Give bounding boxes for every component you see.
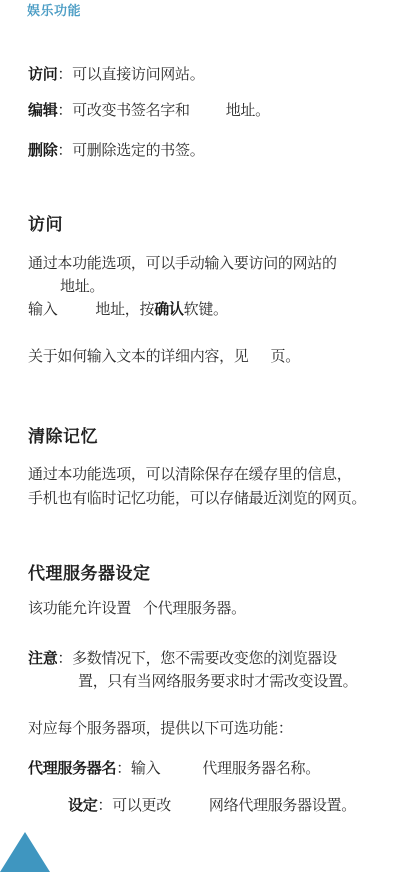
text: 网络代理服务器设置。 xyxy=(209,796,356,814)
option-proxy-name: 代理服务器名：输入代理服务器名称。 xyxy=(28,759,320,777)
note-label: 注意 xyxy=(28,649,57,667)
option-delete: 删除：可删除选定的书签。 xyxy=(28,141,204,159)
note-line1: 注意：多数情况下，您不需要改变您的浏览器设 xyxy=(28,649,337,667)
text: 地址，按 xyxy=(95,300,154,318)
option-term: 编辑 xyxy=(28,101,57,119)
clear-cache-line1: 通过本功能选项，可以清除保存在缓存里的信息， xyxy=(28,465,351,483)
heading-proxy: 代理服务器设定 xyxy=(28,559,151,584)
option-term: 设定 xyxy=(68,796,97,814)
separator: ： xyxy=(57,65,72,83)
text: 该功能允许设置 xyxy=(28,599,131,617)
option-visit: 访问：可以直接访问网站。 xyxy=(28,65,204,83)
visit-text-line2: 地址。 xyxy=(60,277,104,295)
text: 软键。 xyxy=(184,300,228,318)
separator: ： xyxy=(57,649,72,667)
visit-text-line3: 输入地址，按确认软键。 xyxy=(28,300,228,318)
option-desc: 可以直接访问网站。 xyxy=(72,65,204,83)
option-term: 删除 xyxy=(28,141,57,159)
text: 页。 xyxy=(271,347,300,365)
separator: ： xyxy=(97,796,112,814)
separator: ： xyxy=(57,101,72,119)
text: 输入 xyxy=(131,759,160,777)
separator: ： xyxy=(57,141,72,159)
visit-text-line4: 关于如何输入文本的详细内容，见页。 xyxy=(28,347,300,365)
text: 可以更改 xyxy=(112,796,171,814)
text: 个代理服务器。 xyxy=(143,599,246,617)
section-header: 娱乐功能 xyxy=(27,0,81,19)
option-term: 访问 xyxy=(28,65,57,83)
heading-visit: 访问 xyxy=(28,210,63,235)
note-line2: 置，只有当网络服务要求时才需改变设置。 xyxy=(78,672,357,690)
heading-clear-cache: 清除记忆 xyxy=(28,422,98,447)
text: 关于如何输入文本的详细内容，见 xyxy=(28,347,249,365)
proxy-options-intro: 对应每个服务器项，提供以下可选功能： xyxy=(28,719,293,737)
page-corner-triangle-icon xyxy=(0,832,50,872)
option-proxy-settings: 设定：可以更改网络代理服务器设置。 xyxy=(68,796,356,814)
option-desc-suffix: 地址。 xyxy=(226,101,270,119)
text: 输入 xyxy=(28,300,57,318)
text: 代理服务器名称。 xyxy=(202,759,320,777)
clear-cache-line2: 手机也有临时记忆功能，可以存储最近浏览的网页。 xyxy=(28,489,366,507)
option-edit: 编辑：可改变书签名字和地址。 xyxy=(28,101,270,119)
softkey-label: 确认 xyxy=(154,300,183,318)
visit-text-line1: 通过本功能选项，可以手动输入要访问的网站的 xyxy=(28,254,337,272)
proxy-intro: 该功能允许设置个代理服务器。 xyxy=(28,599,246,617)
option-desc: 可改变书签名字和 xyxy=(72,101,190,119)
option-desc: 可删除选定的书签。 xyxy=(72,141,204,159)
text: 多数情况下，您不需要改变您的浏览器设 xyxy=(72,649,337,667)
option-term: 代理服务器名 xyxy=(28,759,116,777)
separator: ： xyxy=(116,759,131,777)
